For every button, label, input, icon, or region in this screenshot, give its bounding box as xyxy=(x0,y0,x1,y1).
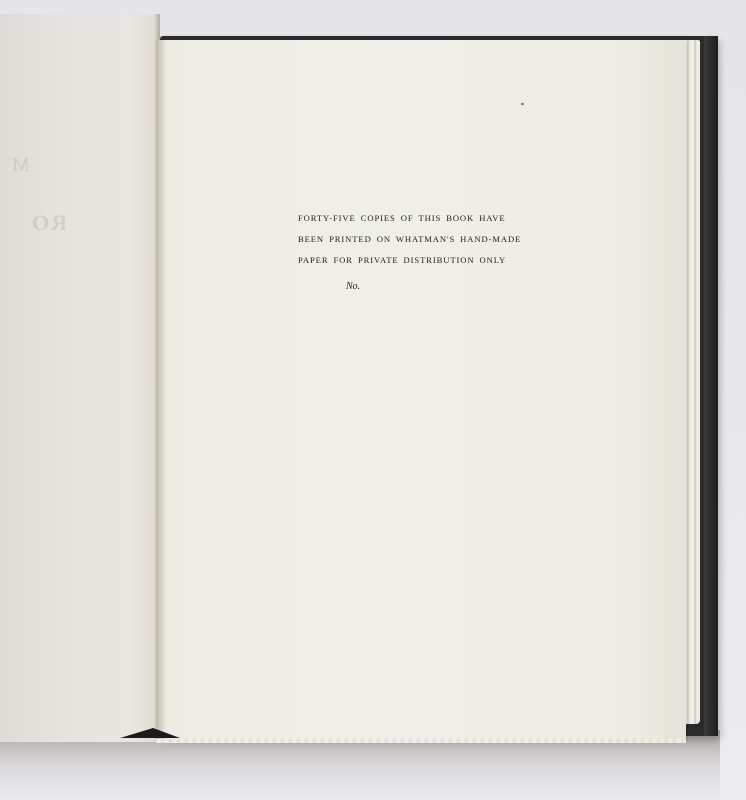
notice-line: FORTY-FIVE COPIES OF THIS BOOK HAVE xyxy=(298,208,488,229)
deckled-edge xyxy=(156,739,686,743)
left-page: M RO xyxy=(0,14,160,742)
copy-number-label: No. xyxy=(346,281,360,292)
show-through-text: M xyxy=(10,154,30,177)
notice-line: PAPER FOR PRIVATE DISTRIBUTION ONLY xyxy=(298,250,488,271)
limitation-notice: FORTY-FIVE COPIES OF THIS BOOK HAVE BEEN… xyxy=(298,208,488,271)
gutter-shadow xyxy=(156,40,166,740)
paper-speck xyxy=(521,103,524,105)
right-page: FORTY-FIVE COPIES OF THIS BOOK HAVE BEEN… xyxy=(156,40,686,740)
book-photo-scene: M RO FORTY-FIVE COPIES OF THIS BOOK HAVE… xyxy=(0,0,746,800)
notice-line: BEEN PRINTED ON WHATMAN'S HAND-MADE xyxy=(298,229,488,250)
show-through-text: RO xyxy=(30,210,67,236)
